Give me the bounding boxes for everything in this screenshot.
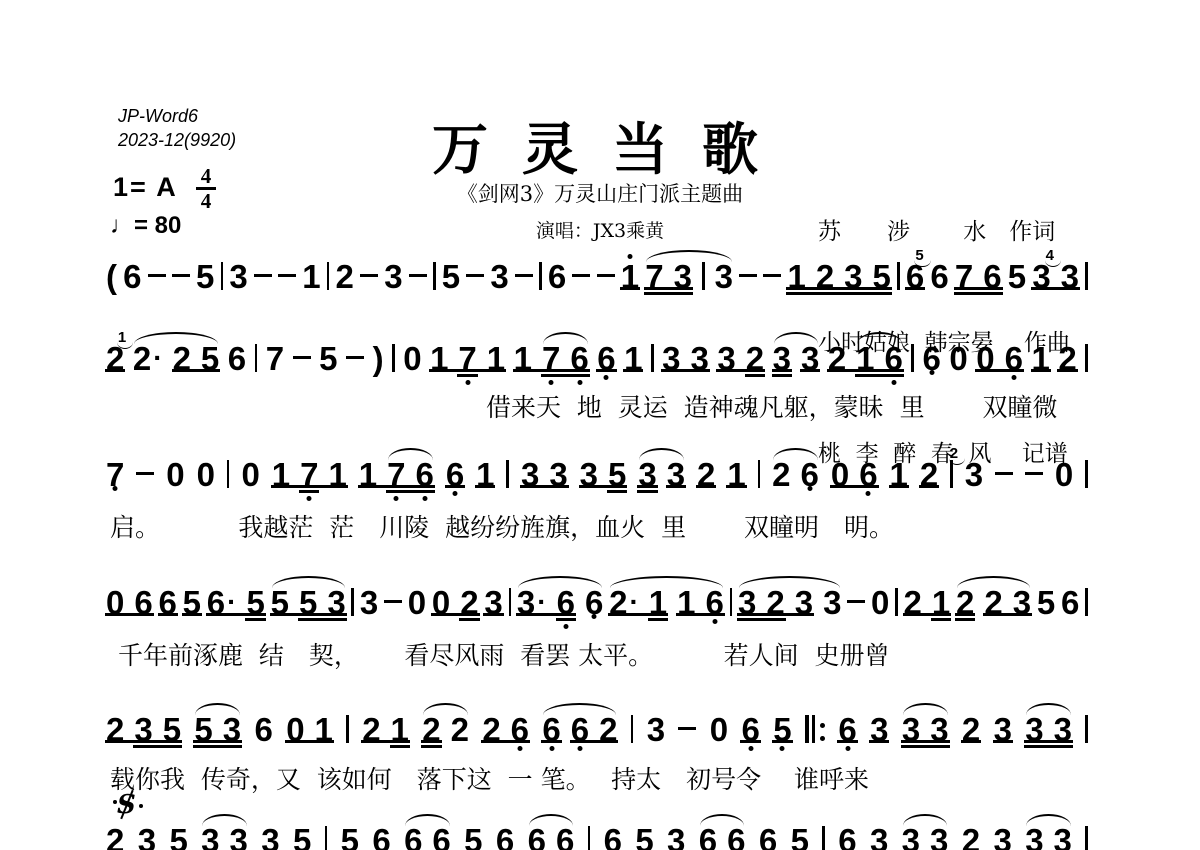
note: 5 [791,824,809,850]
note: 3 [360,586,378,619]
beam-group: 33 [521,458,568,491]
note: 5 [293,824,311,850]
note: 6 [446,458,464,491]
barline [702,262,705,290]
note: 6 [404,824,422,850]
note: 0 [166,458,184,491]
beam-group: 223 [956,586,1031,619]
note: 2 [1058,342,1076,375]
grace-note: 4 [1046,248,1054,263]
note: 6 [548,260,566,293]
note: 0 [403,342,421,375]
note: 3 [230,824,248,850]
note: 7 [106,458,124,491]
note: 6 [923,342,941,375]
note: 3 [870,713,888,746]
beam-group: 553 [271,586,346,619]
barline [327,262,330,290]
beam-group: 176 [359,458,434,491]
note: 6 [699,824,717,850]
note: 6 [1061,586,1079,619]
beam-group: 66 [699,824,746,850]
barline [1085,715,1088,743]
note: 2 [772,458,790,491]
note: 3 [930,824,948,850]
note: 6 [123,260,141,293]
note: 6 [528,824,546,850]
barline [1085,262,1088,290]
note: 1 [727,458,745,491]
beam-group: 23 [984,586,1031,619]
note: 32 [965,458,983,491]
note: 6 [741,713,759,746]
barline [221,262,224,290]
beam-group: 2·116 [609,586,724,619]
barline [1085,344,1088,372]
note: 3 [1025,824,1043,850]
note: 5 [464,824,482,850]
note: 65 [930,260,948,293]
grace-note: 1 [118,330,126,345]
barline [822,826,825,850]
note: 1 [476,458,494,491]
note: 1 [624,342,642,375]
beam-group: 62 [571,713,618,746]
note: 3 [384,260,402,293]
sheet-music-page: JP-Word6 2023-12(9920) 1= A 4 4 ♩= 80 万 … [0,0,1200,850]
barline [631,715,634,743]
barline [1085,826,1088,850]
beam-group: 171 [430,342,505,375]
barline [325,826,328,850]
note: 5 [319,342,337,375]
note: 6 [254,713,272,746]
note: 3 [994,713,1012,746]
beam-group: 66 [528,824,575,850]
note: 0 [710,713,728,746]
beam-group: 33 [902,713,949,746]
note: 2·1 [133,342,163,375]
note: 5 [1037,586,1055,619]
lyrics-line-2: 启。 我越茫 茫 川陵 越纷纷旌旗，血火 里 双瞳明 明。 [110,508,894,544]
note: 6 [801,458,819,491]
note: 5 [196,260,214,293]
beam-group: 26 [482,713,529,746]
beam-group: 2·125 [133,342,219,375]
barline [1085,588,1088,616]
note: 2 [697,458,715,491]
note: 0 [197,458,215,491]
note: 3 [902,824,920,850]
beam-group: 171 [272,458,347,491]
note: 2 [451,713,469,746]
note: 2 [962,713,980,746]
beam-group: 3 [773,342,791,375]
beam-group: 26 [772,458,819,491]
barline [392,344,395,372]
note: 2 [336,260,354,293]
note: 3 [490,260,508,293]
beam-group: 1235 [787,260,890,293]
note: 6 [838,824,856,850]
note: 3 [261,824,279,850]
note: 5 [183,586,201,619]
note: 0 [241,458,259,491]
note: 7 [266,342,284,375]
beam-group: 25 [173,342,220,375]
beam-group: 06 [831,458,878,491]
phrase-paren: ( [106,260,117,293]
beam-group: 21 [362,713,409,746]
barline [651,344,654,372]
barline [588,826,591,850]
beam-group: 3·66 [517,586,603,619]
beam-group: 33 [638,458,685,491]
beam-group: 21 [904,586,951,619]
beam-group: 6·5 [207,586,265,619]
beam-group: 33 [1025,713,1072,746]
lyrics-line-1: 借来天 地 灵运 造神魂凡躯，蒙昧 里 双瞳微 [486,388,1058,424]
beam-group: 33 [1025,824,1072,850]
note: 3 [201,824,219,850]
beam-group: 02 [432,586,479,619]
beam-group: 32 [717,342,764,375]
beam-group: 16 [677,586,724,619]
note: 3 [993,824,1011,850]
grace-note: 5 [915,248,923,263]
note: 3 [667,824,685,850]
note: 3 [1054,824,1072,850]
note: 6 [604,824,622,850]
note: 6 [597,342,615,375]
note: 3 [229,260,247,293]
beam-group: 73 [645,260,692,293]
music-line-3: 70001711766133353321260612320 [106,458,1088,491]
beam-group: 323 [738,586,813,619]
note: 0 [408,586,426,619]
barline [897,262,900,290]
beam-group: 33 [201,824,248,850]
barline [227,460,230,488]
note: 6 [372,824,390,850]
repeat-start-barline [805,713,825,743]
beam-group: 01 [286,713,333,746]
music-line-4: 06656·5553300233·662·116323302122356 [106,586,1088,619]
segno-dot-right [139,804,143,808]
music-line-6: 235333556665666653666563332333 [106,824,1088,850]
beam-group: 216 [828,342,903,375]
note: 2 [962,824,980,850]
beam-group: 33 [662,342,709,375]
segno-icon: S [117,791,139,819]
lyrics-line-3: 千年前涿鹿 结 契， 看尽风雨 看罢 太平。 若人间 史册曾 [118,636,890,672]
note: 6 [228,342,246,375]
note: 1 [1032,342,1050,375]
music-line-2: 22·125675)017117661333233216600612 [106,342,1088,375]
beam-group: 2 [956,586,974,619]
note: 3 [138,824,156,850]
note: 2 [106,824,124,850]
beam-group: 2 [422,713,440,746]
note: 2 [920,458,938,491]
barline [1085,460,1088,488]
phrase-paren: ) [373,342,384,375]
note: 6 [838,713,856,746]
barline [351,588,354,616]
beam-group: 06 [106,586,153,619]
beam-group: 176 [514,342,589,375]
note: 6 [159,586,177,619]
beam-group: 3 [638,458,656,491]
note: 1 [302,260,320,293]
barline [911,344,914,372]
barline [506,460,509,488]
beam-group: 33 [902,824,949,850]
note: 1 [621,260,639,293]
note: 5 [169,824,187,850]
note: 1 [890,458,908,491]
note: 5 [442,260,460,293]
beam-group: 334 [1032,260,1079,293]
note: 5 [635,824,653,850]
note: 3 [647,713,665,746]
music-line-1: (65312353617331235665765334 [106,260,1088,293]
beam-group: 53 [194,713,241,746]
beam-group: 235 [106,713,181,746]
note: 3 [484,586,502,619]
beam-group: 66 [404,824,451,850]
note: 0 [871,586,889,619]
barline [539,262,542,290]
note: 6 [542,713,560,746]
beam-group: 76 [955,260,1002,293]
note: 6 [759,824,777,850]
beam-group: 3233 [738,586,841,619]
barline [509,588,512,616]
beam-group: 2·1 [609,586,667,619]
note: 6 [432,824,450,850]
note: 3 [823,586,841,619]
note: 5 [1008,260,1026,293]
beam-group: 22 [422,713,469,746]
note: 5 [341,824,359,850]
note: 0 [949,342,967,375]
note: 6 [496,824,514,850]
barline [895,588,898,616]
beam-group: 33 [773,342,820,375]
barline [758,460,761,488]
grace-note: 2 [950,446,958,461]
note: 5 [773,713,791,746]
barline [346,715,349,743]
note: 0 [1055,458,1073,491]
note: 6 [727,824,745,850]
lyrics-line-4: 载你我 传奇，又 该如何 落下这 一 笔。 持太 初号令 谁呼来 [110,760,869,796]
beam-group: 35 [580,458,627,491]
note: 3 [801,342,819,375]
beam-group: 06 [976,342,1023,375]
music-line-5: 23553601212226662306563332333 [106,713,1088,746]
beam-group: 662 [542,713,617,746]
note: 6 [585,586,603,619]
barline [730,588,733,616]
note: 3 [715,260,733,293]
beam-group: 733 [645,260,733,293]
barline [255,344,258,372]
note: 3 [667,458,685,491]
lyricist-credit: 苏 涉 水 作词 [818,214,1070,251]
note: 6 [556,824,574,850]
beam-group: 3·6 [517,586,575,619]
note: 3 [870,824,888,850]
barline [433,262,436,290]
